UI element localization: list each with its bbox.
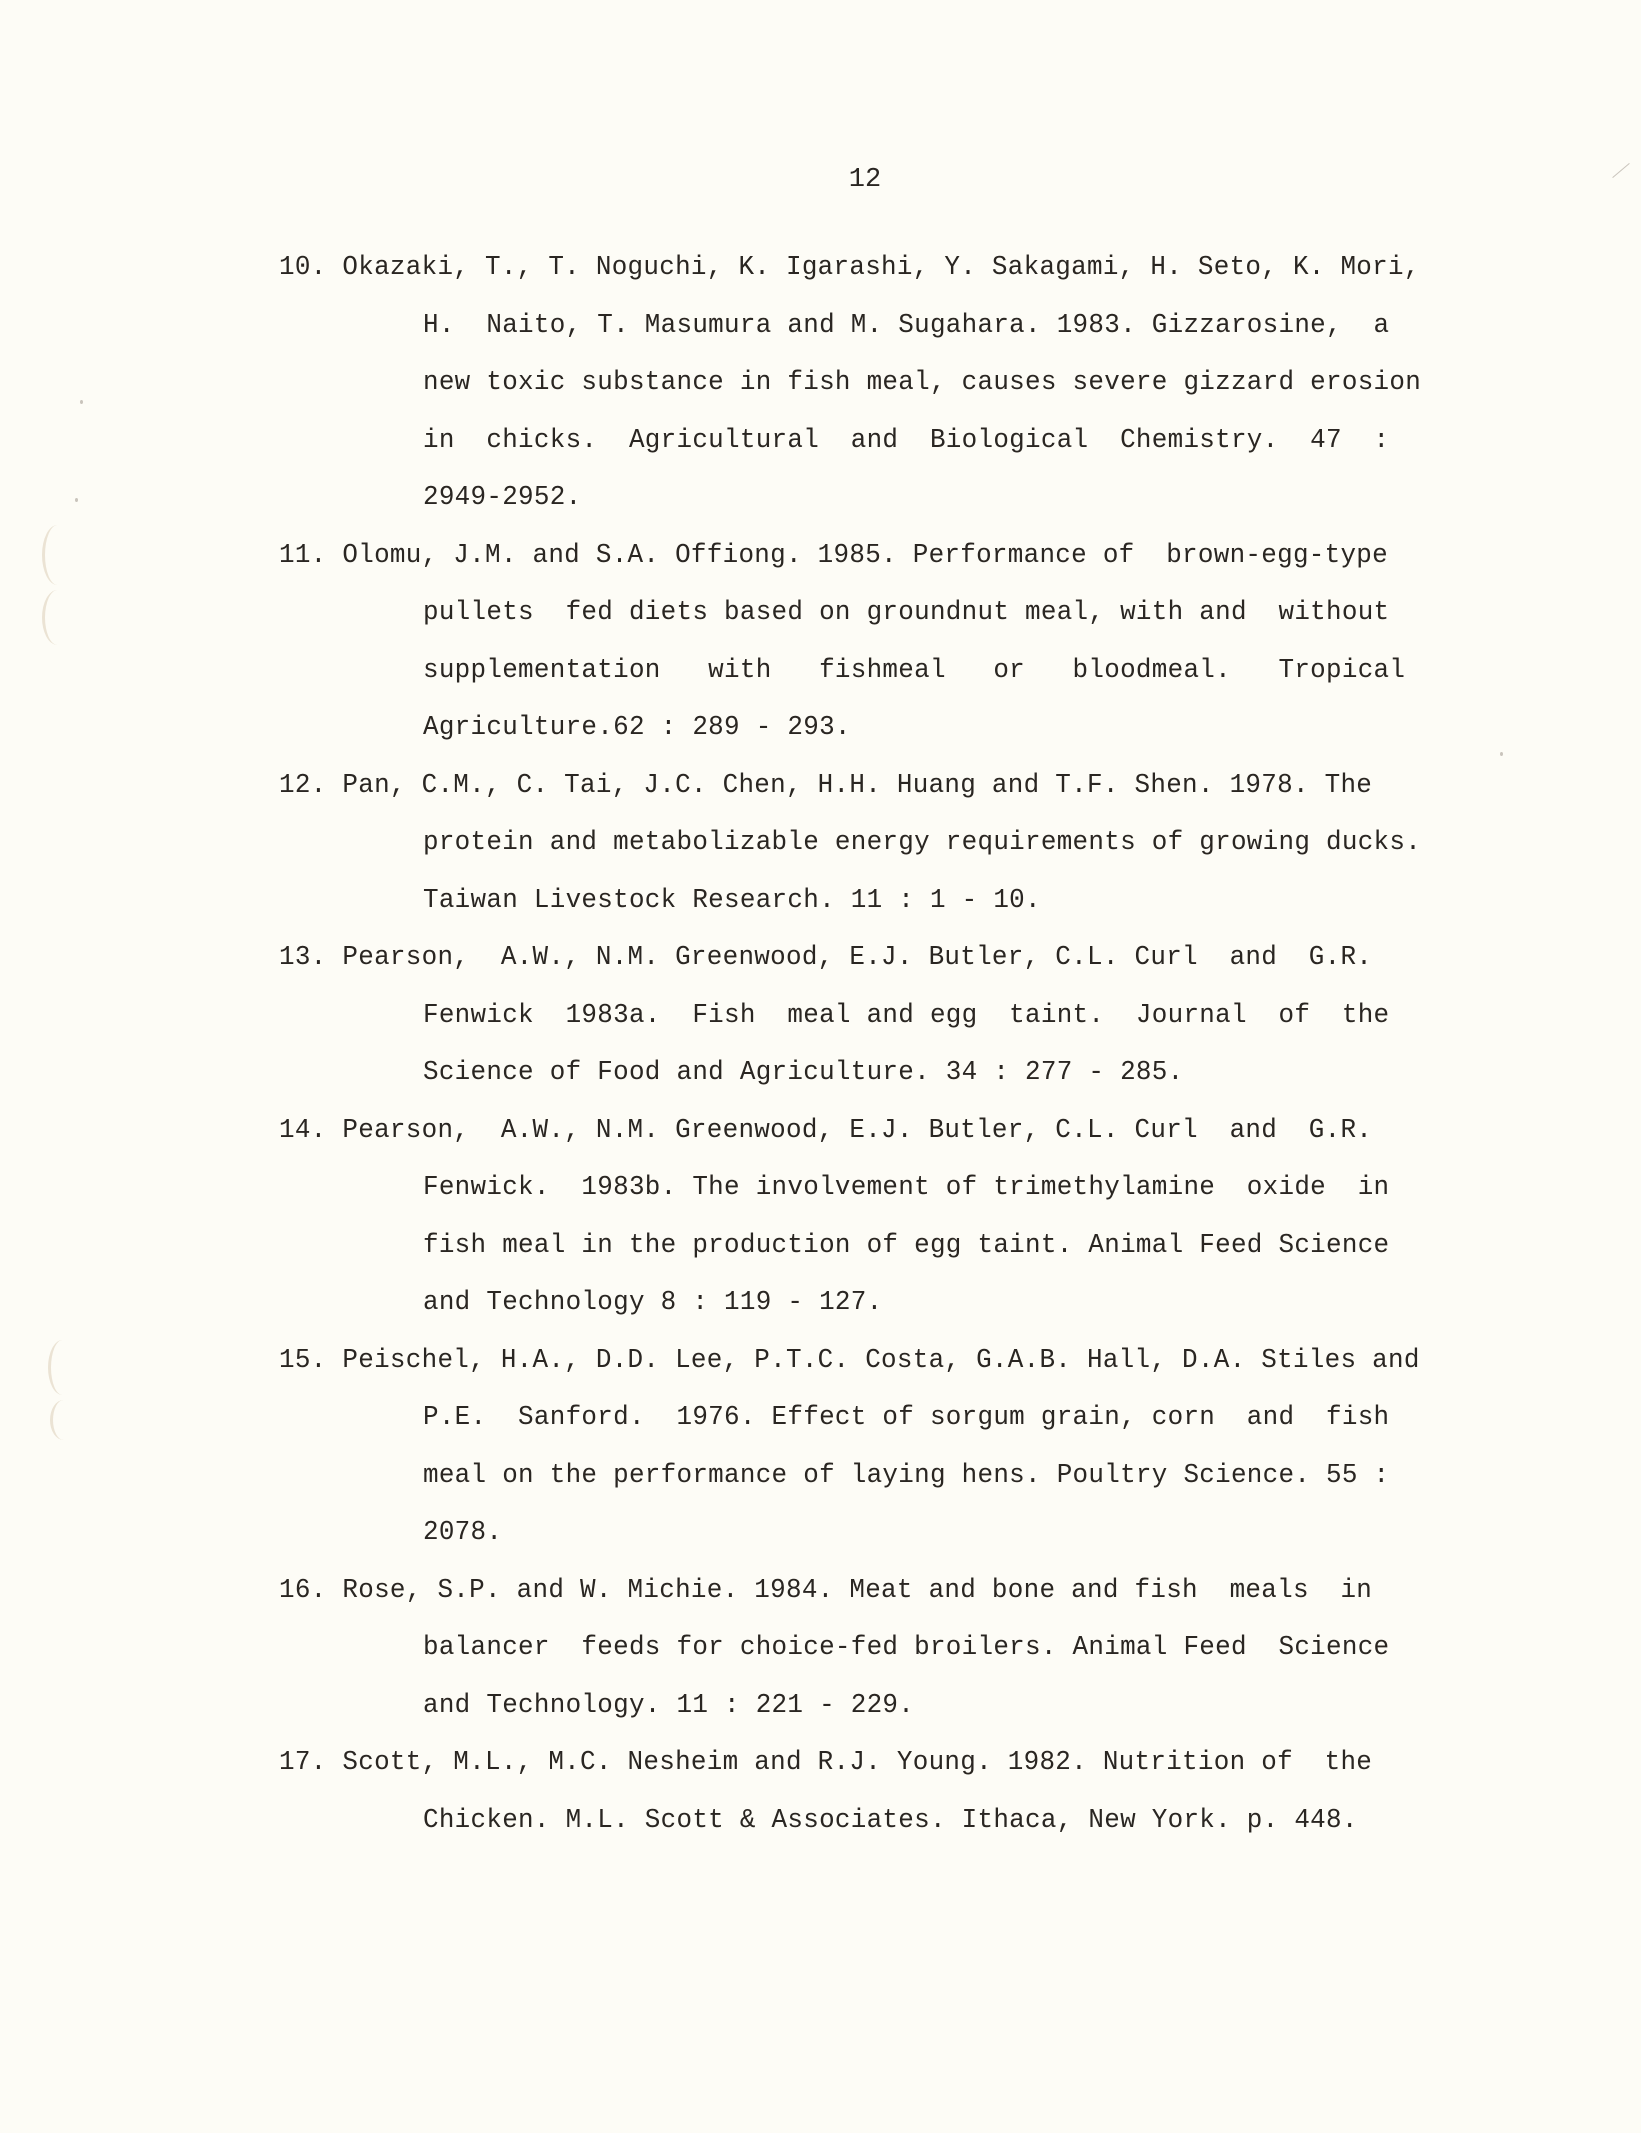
- reference-text: Peischel, H.A., D.D. Lee, P.T.C. Costa, …: [342, 1346, 1419, 1376]
- reference-text: Chicken. M.L. Scott & Associates. Ithaca…: [279, 1793, 1441, 1851]
- reference-text: fish meal in the production of egg taint…: [279, 1218, 1441, 1276]
- reference-text: Science of Food and Agriculture. 34 : 27…: [279, 1045, 1441, 1103]
- reference-text: new toxic substance in fish meal, causes…: [279, 355, 1441, 413]
- reference-text: Okazaki, T., T. Noguchi, K. Igarashi, Y.…: [342, 253, 1419, 283]
- reference-item: 14. Pearson, A.W., N.M. Greenwood, E.J. …: [279, 1103, 1489, 1333]
- reference-text: Pan, C.M., C. Tai, J.C. Chen, H.H. Huang…: [342, 771, 1372, 801]
- reference-item: 17. Scott, M.L., M.C. Nesheim and R.J. Y…: [279, 1735, 1489, 1850]
- reference-text: 2949-2952.: [279, 470, 1441, 528]
- paper-speck: [1500, 752, 1503, 756]
- reference-number: 14.: [279, 1116, 327, 1146]
- reference-item: 10. Okazaki, T., T. Noguchi, K. Igarashi…: [279, 240, 1489, 528]
- reference-text: Pearson, A.W., N.M. Greenwood, E.J. Butl…: [342, 1116, 1372, 1146]
- reference-text: Rose, S.P. and W. Michie. 1984. Meat and…: [342, 1576, 1372, 1606]
- reference-item: 16. Rose, S.P. and W. Michie. 1984. Meat…: [279, 1563, 1489, 1736]
- reference-text: Agriculture.62 : 289 - 293.: [279, 700, 1441, 758]
- reference-number: 10.: [279, 253, 327, 283]
- reference-text: Pearson, A.W., N.M. Greenwood, E.J. Butl…: [342, 943, 1372, 973]
- reference-text: in chicks. Agricultural and Biological C…: [279, 413, 1441, 471]
- paper-stain: [42, 525, 73, 585]
- paper-stain: [48, 1340, 77, 1395]
- reference-text: balancer feeds for choice-fed broilers. …: [279, 1620, 1441, 1678]
- paper-speck: [75, 498, 78, 502]
- reference-number: 12.: [279, 771, 327, 801]
- reference-text: supplementation with fishmeal or bloodme…: [279, 643, 1441, 701]
- reference-text: P.E. Sanford. 1976. Effect of sorgum gra…: [279, 1390, 1441, 1448]
- document-page: 12 10. Okazaki, T., T. Noguchi, K. Igara…: [0, 0, 1641, 2133]
- reference-text: Scott, M.L., M.C. Nesheim and R.J. Young…: [342, 1748, 1372, 1778]
- reference-text: Fenwick 1983a. Fish meal and egg taint. …: [279, 988, 1441, 1046]
- reference-item: 11. Olomu, J.M. and S.A. Offiong. 1985. …: [279, 528, 1489, 758]
- reference-text: and Technology 8 : 119 - 127.: [279, 1275, 1441, 1333]
- reference-text: Olomu, J.M. and S.A. Offiong. 1985. Perf…: [342, 541, 1388, 571]
- reference-number: 15.: [279, 1346, 327, 1376]
- reference-list: 10. Okazaki, T., T. Noguchi, K. Igarashi…: [279, 240, 1489, 1850]
- paper-speck: [80, 400, 83, 404]
- reference-text: Taiwan Livestock Research. 11 : 1 - 10.: [279, 873, 1441, 931]
- paper-stain: [42, 590, 73, 645]
- reference-number: 11.: [279, 541, 327, 571]
- reference-text: Fenwick. 1983b. The involvement of trime…: [279, 1160, 1441, 1218]
- reference-item: 13. Pearson, A.W., N.M. Greenwood, E.J. …: [279, 930, 1489, 1103]
- reference-number: 16.: [279, 1576, 327, 1606]
- reference-text: H. Naito, T. Masumura and M. Sugahara. 1…: [279, 298, 1441, 356]
- reference-text: and Technology. 11 : 221 - 229.: [279, 1678, 1441, 1736]
- paper-stain: [50, 1400, 77, 1440]
- reference-text: 2078.: [279, 1505, 1441, 1563]
- reference-text: meal on the performance of laying hens. …: [279, 1448, 1441, 1506]
- reference-text: pullets fed diets based on groundnut mea…: [279, 585, 1441, 643]
- reference-item: 15. Peischel, H.A., D.D. Lee, P.T.C. Cos…: [279, 1333, 1489, 1563]
- reference-item: 12. Pan, C.M., C. Tai, J.C. Chen, H.H. H…: [279, 758, 1489, 931]
- reference-number: 17.: [279, 1748, 327, 1778]
- reference-text: protein and metabolizable energy require…: [279, 815, 1441, 873]
- reference-number: 13.: [279, 943, 327, 973]
- page-number: 12: [0, 165, 1641, 195]
